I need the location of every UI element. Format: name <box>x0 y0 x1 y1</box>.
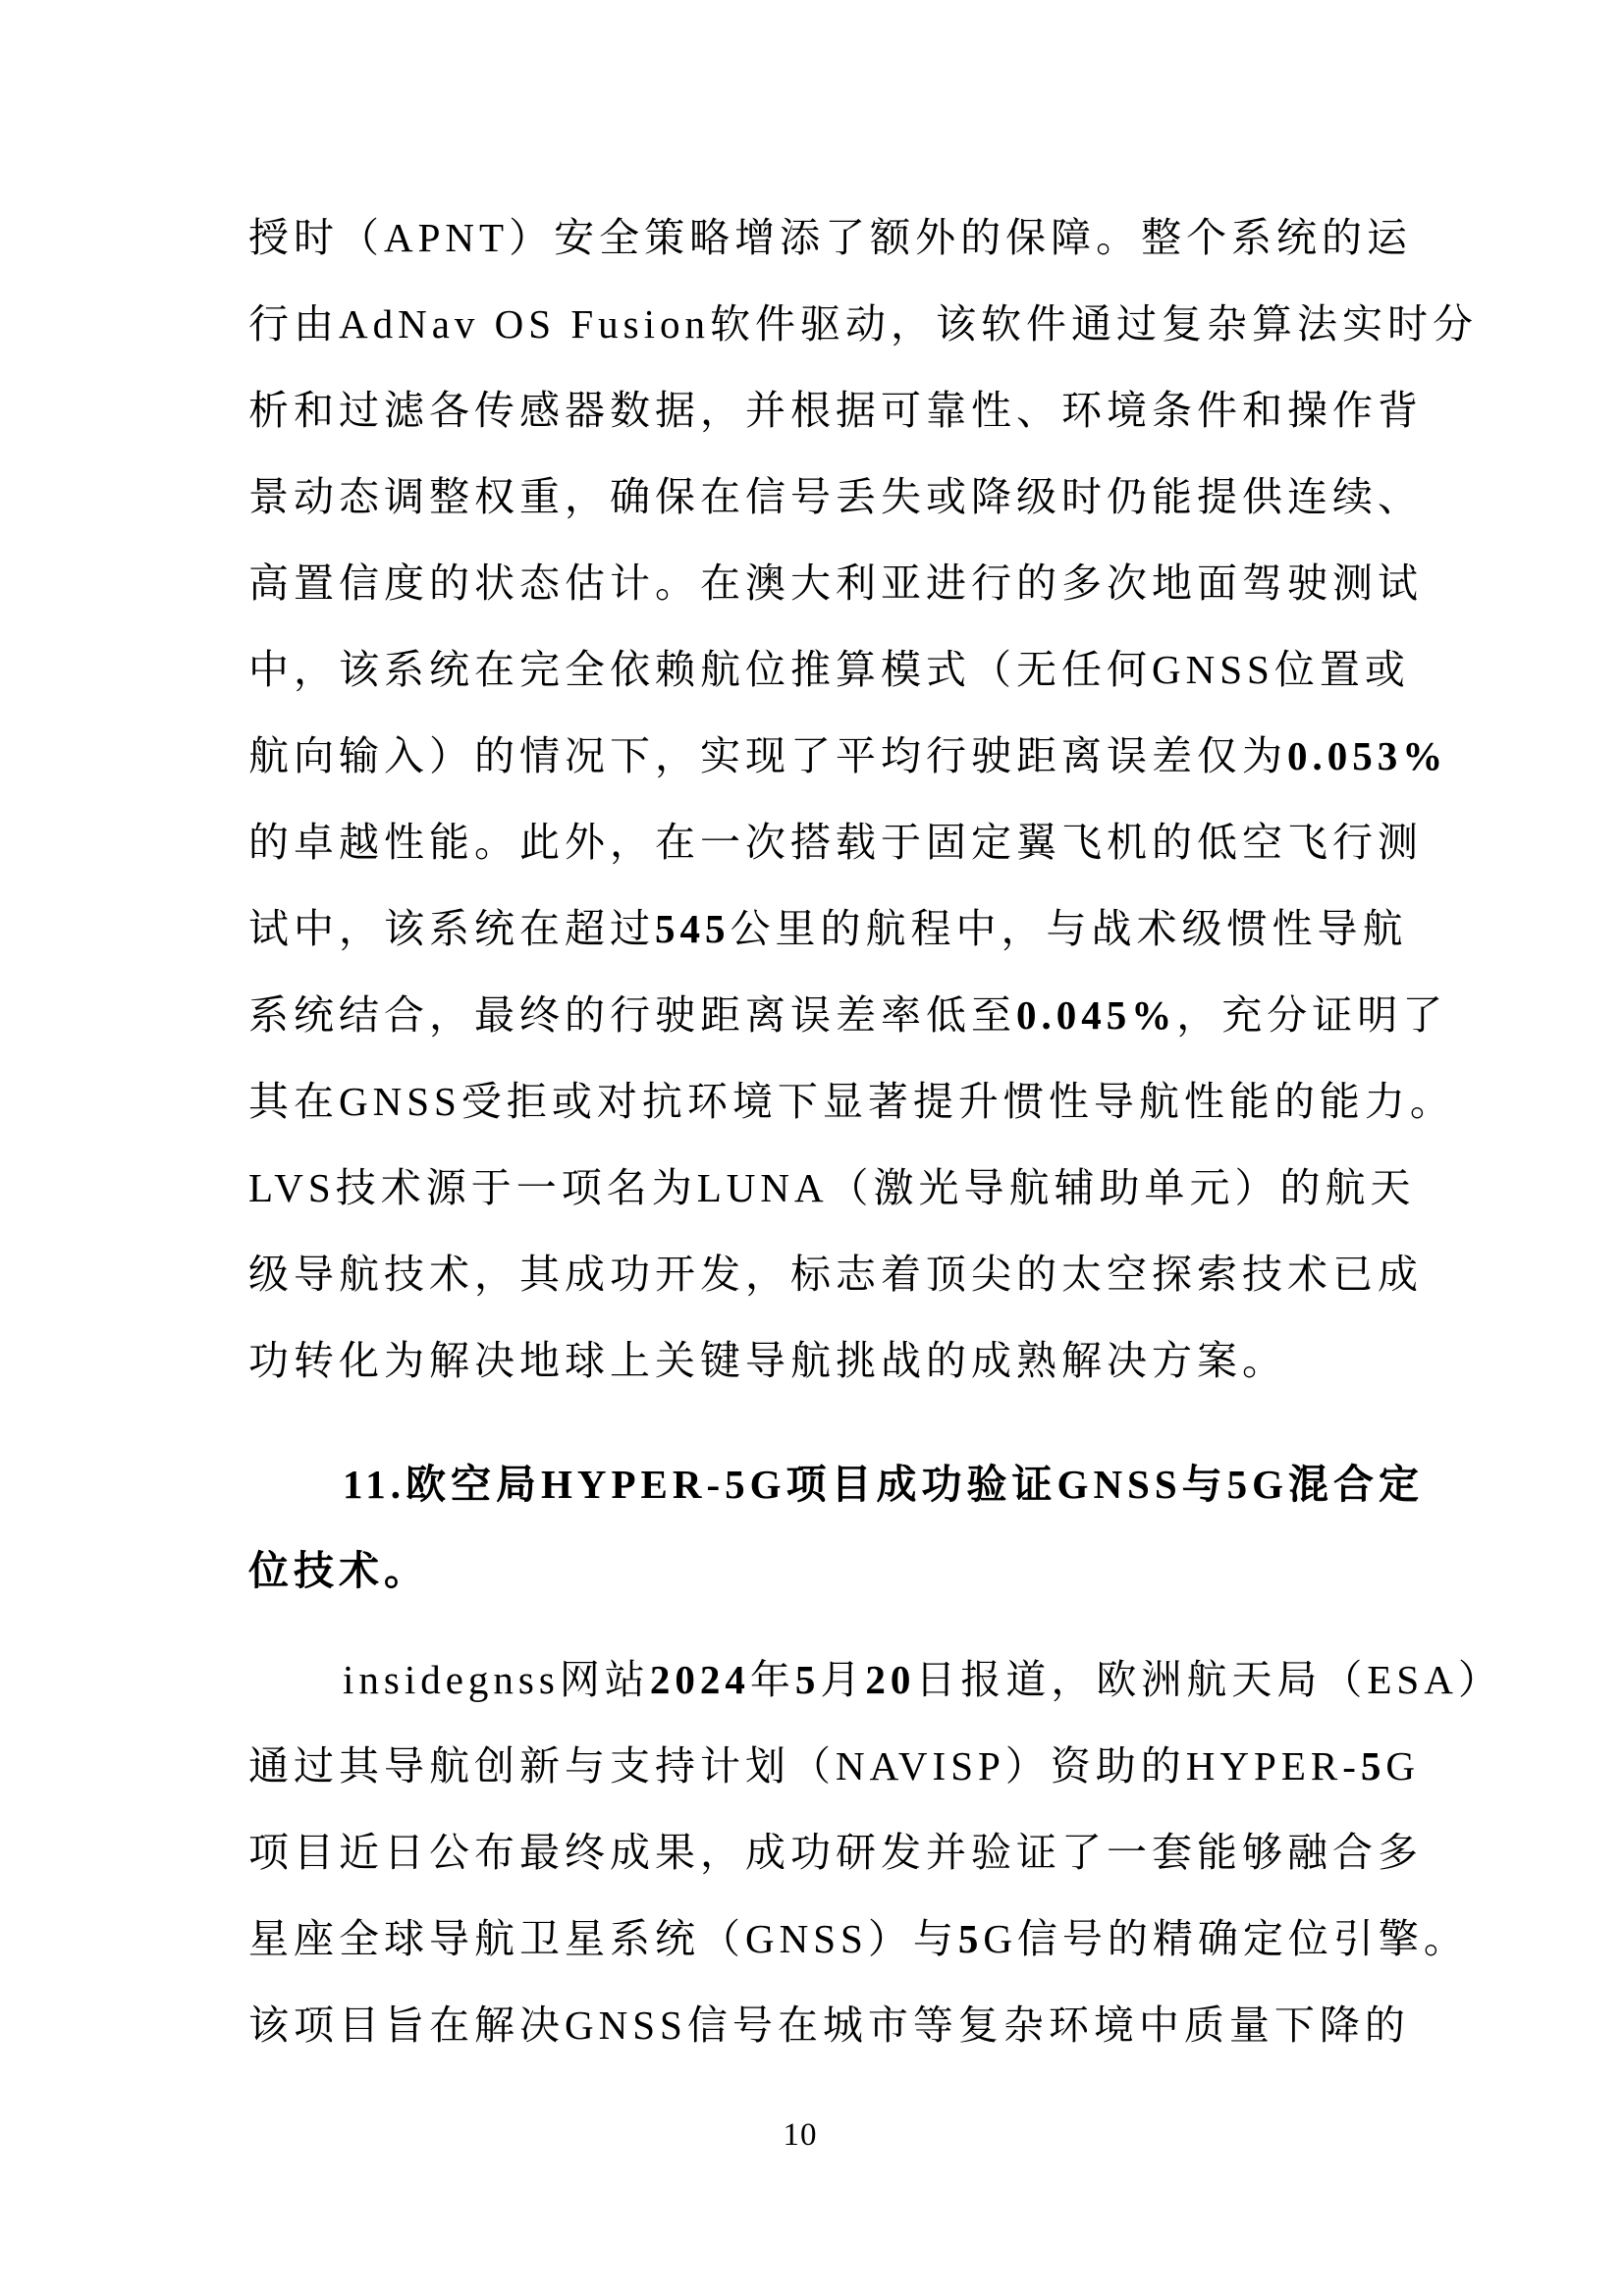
text-line: 通过其导航创新与支持计划（NAVISP）资助的HYPER-5G <box>248 1723 1384 1809</box>
document-page: { "document": { "background_color": "#ff… <box>0 0 1624 2296</box>
text-line: 系统结合，最终的行驶距离误差率低至0.045%，充分证明了 <box>248 972 1384 1058</box>
text-line: 授时（APNT）安全策略增添了额外的保障。整个系统的运 <box>248 194 1384 281</box>
text-line: 级导航技术，其成功开发，标志着顶尖的太空探索技术已成 <box>248 1231 1384 1317</box>
text-line: 高置信度的状态估计。在澳大利亚进行的多次地面驾驶测试 <box>248 540 1384 626</box>
text-line: 析和过滤各传感器数据，并根据可靠性、环境条件和操作背 <box>248 367 1384 454</box>
text-line: 试中，该系统在超过545公里的航程中，与战术级惯性导航 <box>248 885 1384 972</box>
text-line: 行由AdNav OS Fusion软件驱动，该软件通过复杂算法实时分 <box>248 281 1384 367</box>
paragraph-apnt-lvs: 授时（APNT）安全策略增添了额外的保障。整个系统的运 行由AdNav OS F… <box>248 194 1384 1404</box>
paragraph-esa-hyper5g: insidegnss网站2024年5月20日报道，欧洲航天局（ESA） 通过其导… <box>248 1636 1384 2068</box>
section-heading-line: 11.欧空局HYPER-5G项目成功验证GNSS与5G混合定 <box>248 1441 1384 1527</box>
text-line: 该项目旨在解决GNSS信号在城市等复杂环境中质量下降的 <box>248 1982 1384 2068</box>
text-line: 的卓越性能。此外，在一次搭载于固定翼飞机的低空飞行测 <box>248 799 1384 885</box>
text-line: 项目近日公布最终成果，成功研发并验证了一套能够融合多 <box>248 1809 1384 1896</box>
text-line: 中，该系统在完全依赖航位推算模式（无任何GNSS位置或 <box>248 626 1384 713</box>
page-number: 10 <box>0 2112 1600 2158</box>
section-heading-hyper5g: 11.欧空局HYPER-5G项目成功验证GNSS与5G混合定 位技术。 <box>248 1441 1384 1614</box>
text-line: 其在GNSS受拒或对抗环境下显著提升惯性导航性能的能力。 <box>248 1058 1384 1145</box>
section-heading-line: 位技术。 <box>248 1527 1384 1614</box>
text-block: 授时（APNT）安全策略增添了额外的保障。整个系统的运 行由AdNav OS F… <box>248 194 1384 2068</box>
text-line: LVS技术源于一项名为LUNA（激光导航辅助单元）的航天 <box>248 1145 1384 1231</box>
text-line: 景动态调整权重，确保在信号丢失或降级时仍能提供连续、 <box>248 454 1384 540</box>
text-line: 星座全球导航卫星系统（GNSS）与5G信号的精确定位引擎。 <box>248 1896 1384 1982</box>
text-line: insidegnss网站2024年5月20日报道，欧洲航天局（ESA） <box>248 1636 1384 1723</box>
text-line: 航向输入）的情况下，实现了平均行驶距离误差仅为0.053% <box>248 713 1384 799</box>
text-line: 功转化为解决地球上关键导航挑战的成熟解决方案。 <box>248 1317 1384 1404</box>
